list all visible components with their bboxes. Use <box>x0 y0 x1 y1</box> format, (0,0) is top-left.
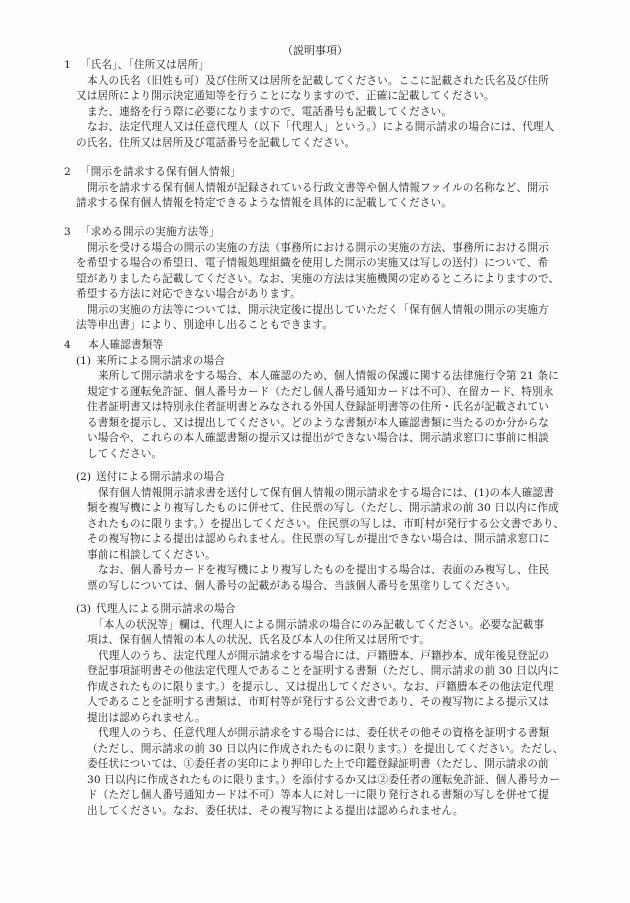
section-1-heading: 「氏名」、「住所又は居所」 <box>80 58 209 72</box>
section-3-line: を希望する場合の希望日、電子情報処理組織を使用した開示の実施又は写しの送付）につ… <box>76 256 548 270</box>
section-4-number: 4 <box>64 338 71 352</box>
document-title: （説明事項） <box>0 44 630 58</box>
subsection-1-line: 来所して開示請求をする場合、本人確認のため、個人情報の保護に関する法律施行令第 … <box>98 369 559 383</box>
subsection-3-line: 項は、保有個人情報の本人の状況、氏名及び本人の住所又は居所です。 <box>87 633 430 647</box>
section-4-heading: 本人確認書類等 <box>88 338 163 352</box>
section-1-line: また、連絡を行う際に必要になりますので、電話番号も記載してください。 <box>87 105 452 119</box>
subsection-3-line: 登記事項証明書その他法定代理人であることを証明する書類（ただし、開示請求の前 3… <box>87 664 559 678</box>
subsection-3-heading: 代理人による開示請求の場合 <box>96 602 236 616</box>
subsection-2-line: 事前に相談してください。 <box>87 548 216 562</box>
subsection-1-line: してください。 <box>87 447 162 461</box>
subsection-2-number: (2) <box>76 470 91 484</box>
subsection-3-line: 作成されたものに限ります。）を提示し、又は提出してください。なお、戸籍謄本その他… <box>87 680 554 694</box>
subsection-3-line: 30 日以内に作成されたものに限ります。）を添付するか又は②委任者の運転免許証、… <box>87 773 560 787</box>
section-1-line: 本人の氏名（旧姓も可）及び住所又は居所を記載してください。ここに記載された氏名及… <box>87 74 549 88</box>
section-3-line: 法等申出書」により、別途申し出ることもできます。 <box>76 318 333 332</box>
section-3-heading: 「求める開示の実施方法等」 <box>80 225 220 239</box>
subsection-1-number: (1) <box>76 354 91 368</box>
section-1-line: 又は居所により開示決定通知等を行うことになりますので、正確に記載してください。 <box>76 89 495 103</box>
subsection-2-line: なお、個人番号カードを複写機により複写したものを提出する場合は、表面のみ複写し、… <box>98 563 549 577</box>
document-page: （説明事項） 1 「氏名」、「住所又は居所」 本人の氏名（旧姓も可）及び住所又は… <box>0 0 630 903</box>
subsection-2-line: 類を複写機により複写したものに併せて、住民票の写し（ただし、開示請求の前 30 … <box>87 501 559 515</box>
subsection-1-line: 住者証明書又は特別永住者証明書とみなされる外国人登録証明書等の住所・氏名が記載さ… <box>87 400 549 414</box>
section-3-number: 3 <box>64 225 71 239</box>
subsection-2-line: 保有個人情報開示請求書を送付して保有個人情報の開示請求をする場合には、(1)の本… <box>98 486 554 500</box>
subsection-3-line: （ただし、開示請求の前 30 日以内に作成されたものに限ります。）を提出してくだ… <box>87 742 564 756</box>
subsection-2-heading: 送付による開示請求の場合 <box>96 470 225 484</box>
subsection-3-line: 提出は認められません。 <box>87 711 206 725</box>
subsection-1-line: い場合や、これらの本人確認書類の提示又は提出ができない場合は、開示請求窓口に事前… <box>87 431 549 445</box>
subsection-3-line: ド（ただし個人番号通知カードは不可）等本人に対し一に限り発行される書類の写しを併… <box>87 788 549 802</box>
subsection-3-number: (3) <box>76 602 91 616</box>
section-3-line: 開示の実施の方法等については、開示決定後に提出していただく「保有個人情報の開示の… <box>87 303 549 317</box>
subsection-2-line: 票の写しについては、個人番号の記載がある場合、当該個人番号を黒塗りしてください。 <box>87 579 517 593</box>
section-3-line: 開示を受ける場合の開示の実施の方法（事務所における開示の実施の方法、事務所におけ… <box>87 241 549 255</box>
section-1-number: 1 <box>64 58 71 72</box>
subsection-3-line: 出してください。なお、委任状は、その複写物による提出は認められません。 <box>87 804 464 818</box>
section-2-line: 請求する保有個人情報を特定できるような情報を具体的に記載してください。 <box>76 196 452 210</box>
section-2-line: 開示を請求する保有個人情報が記録されている行政文書等や個人情報ファイルの名称など… <box>87 181 549 195</box>
section-3-line: 望がありましたら記載してください。なお、実施の方法は実施機関の定めるところにより… <box>76 272 559 286</box>
subsection-1-line: 規定する運転免許証、個人番号カード（ただし個人番号通知カードは不可）、在留カード… <box>87 385 553 399</box>
subsection-3-line: 人であることを証明する書類は、市町村等が発行する公文書であり、その複写物による提… <box>87 695 549 709</box>
section-2-heading: 「開示を請求する保有個人情報」 <box>80 165 241 179</box>
section-2-number: 2 <box>64 165 71 179</box>
subsection-2-line: その複写物による提出は認められません。住民票の写しが提出できない場合は、開示請求… <box>87 532 550 546</box>
subsection-3-line: 委任状については、①委任者の実印により押印した上で印鑑登録証明書（ただし、開示請… <box>87 757 549 771</box>
subsection-1-line: る書類を提示し、又は提出してください。どのような書類が本人確認書類に当たるのか分… <box>87 416 549 430</box>
section-1-line: の氏名、住所又は居所及び電話番号を記載してください。 <box>76 136 355 150</box>
subsection-3-line: 代理人のうち、法定代理人が開示請求をする場合には、戸籍謄本、戸籍抄本、成年後見登… <box>98 649 549 663</box>
subsection-3-line: 「本人の状況等」欄は、代理人による開示請求の場合にのみ記載してください。必要な記… <box>93 618 544 632</box>
subsection-2-line: されたものに限ります。）を提出してください。住民票の写しは、市町村が発行する公文… <box>87 517 564 531</box>
section-3-line: 希望する方法に対応できない場合があります。 <box>76 287 301 301</box>
subsection-1-heading: 来所による開示請求の場合 <box>96 354 225 368</box>
section-1-line: なお、法定代理人又は任意代理人（以下「代理人」という。）による開示請求の場合には… <box>87 120 554 134</box>
subsection-3-line: 代理人のうち、任意代理人が開示請求をする場合には、委任状その他その資格を証明する… <box>98 726 549 740</box>
